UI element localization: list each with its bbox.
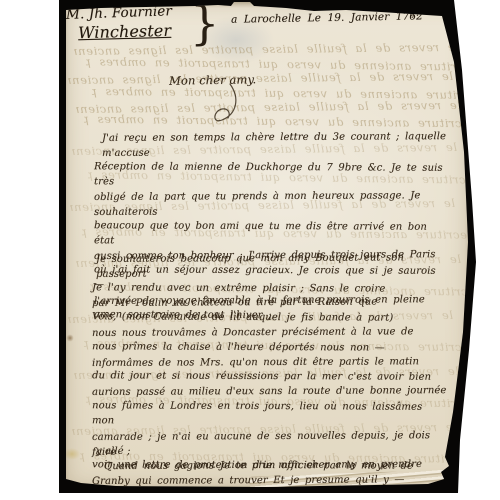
letter-line: camarade ; je n'ai eu aucune de ses nouv… xyxy=(92,429,448,460)
letter-line: J'ai reçu en son temps la chère lettre d… xyxy=(102,130,450,161)
letter-line: nous nous trouvâmes à Doncaster précisém… xyxy=(92,325,448,342)
letter-line: beaucoup que toy bon ami que tu me dis ê… xyxy=(94,219,450,250)
addressee-name: M. Jh. Fournier xyxy=(66,3,172,23)
letter-line: Vois, (mon Camarade de lit auquel je fis… xyxy=(92,310,448,326)
letter-line: aurions passé au milieu d'eux sans la ro… xyxy=(92,384,448,401)
letter-line: Granby qui commence a trouver Et je pres… xyxy=(92,473,448,490)
paragraph-2: Je souhaiterois beaucoup que mon amy Bou… xyxy=(92,252,448,489)
addressee-city: Winchester xyxy=(78,21,172,42)
scan-black-background: le revers de la feuille laisse paroitre … xyxy=(59,0,477,493)
letter-line: nous fûmes à Londres en trois jours, lie… xyxy=(92,399,448,430)
letter-line: obligé de la part que tu prends à mon he… xyxy=(94,189,450,220)
addressee-brace: } xyxy=(190,0,219,50)
letter-paper: le revers de la feuille laisse paroitre … xyxy=(66,2,468,488)
flourish-marks: ſ. ··· xyxy=(412,8,432,19)
closing-line: Quand nous gagions Je te prie mon cher a… xyxy=(104,459,422,472)
letter-line: nous prîmes la chaise à l'heure déportés… xyxy=(92,340,448,356)
bleedthrough-line: ecriture ancienne du verso qui transparo… xyxy=(84,112,469,131)
letter-line: Réception de la mienne de Duckhorge du 7… xyxy=(94,160,450,191)
letter-line: Je souhaiterois beaucoup que mon amy Bou… xyxy=(96,251,448,282)
aside-line: y allé ; xyxy=(96,446,130,457)
dateline: a Larochelle Le 19. Janvier 1762 xyxy=(231,10,423,25)
pen-flourish xyxy=(204,82,248,130)
